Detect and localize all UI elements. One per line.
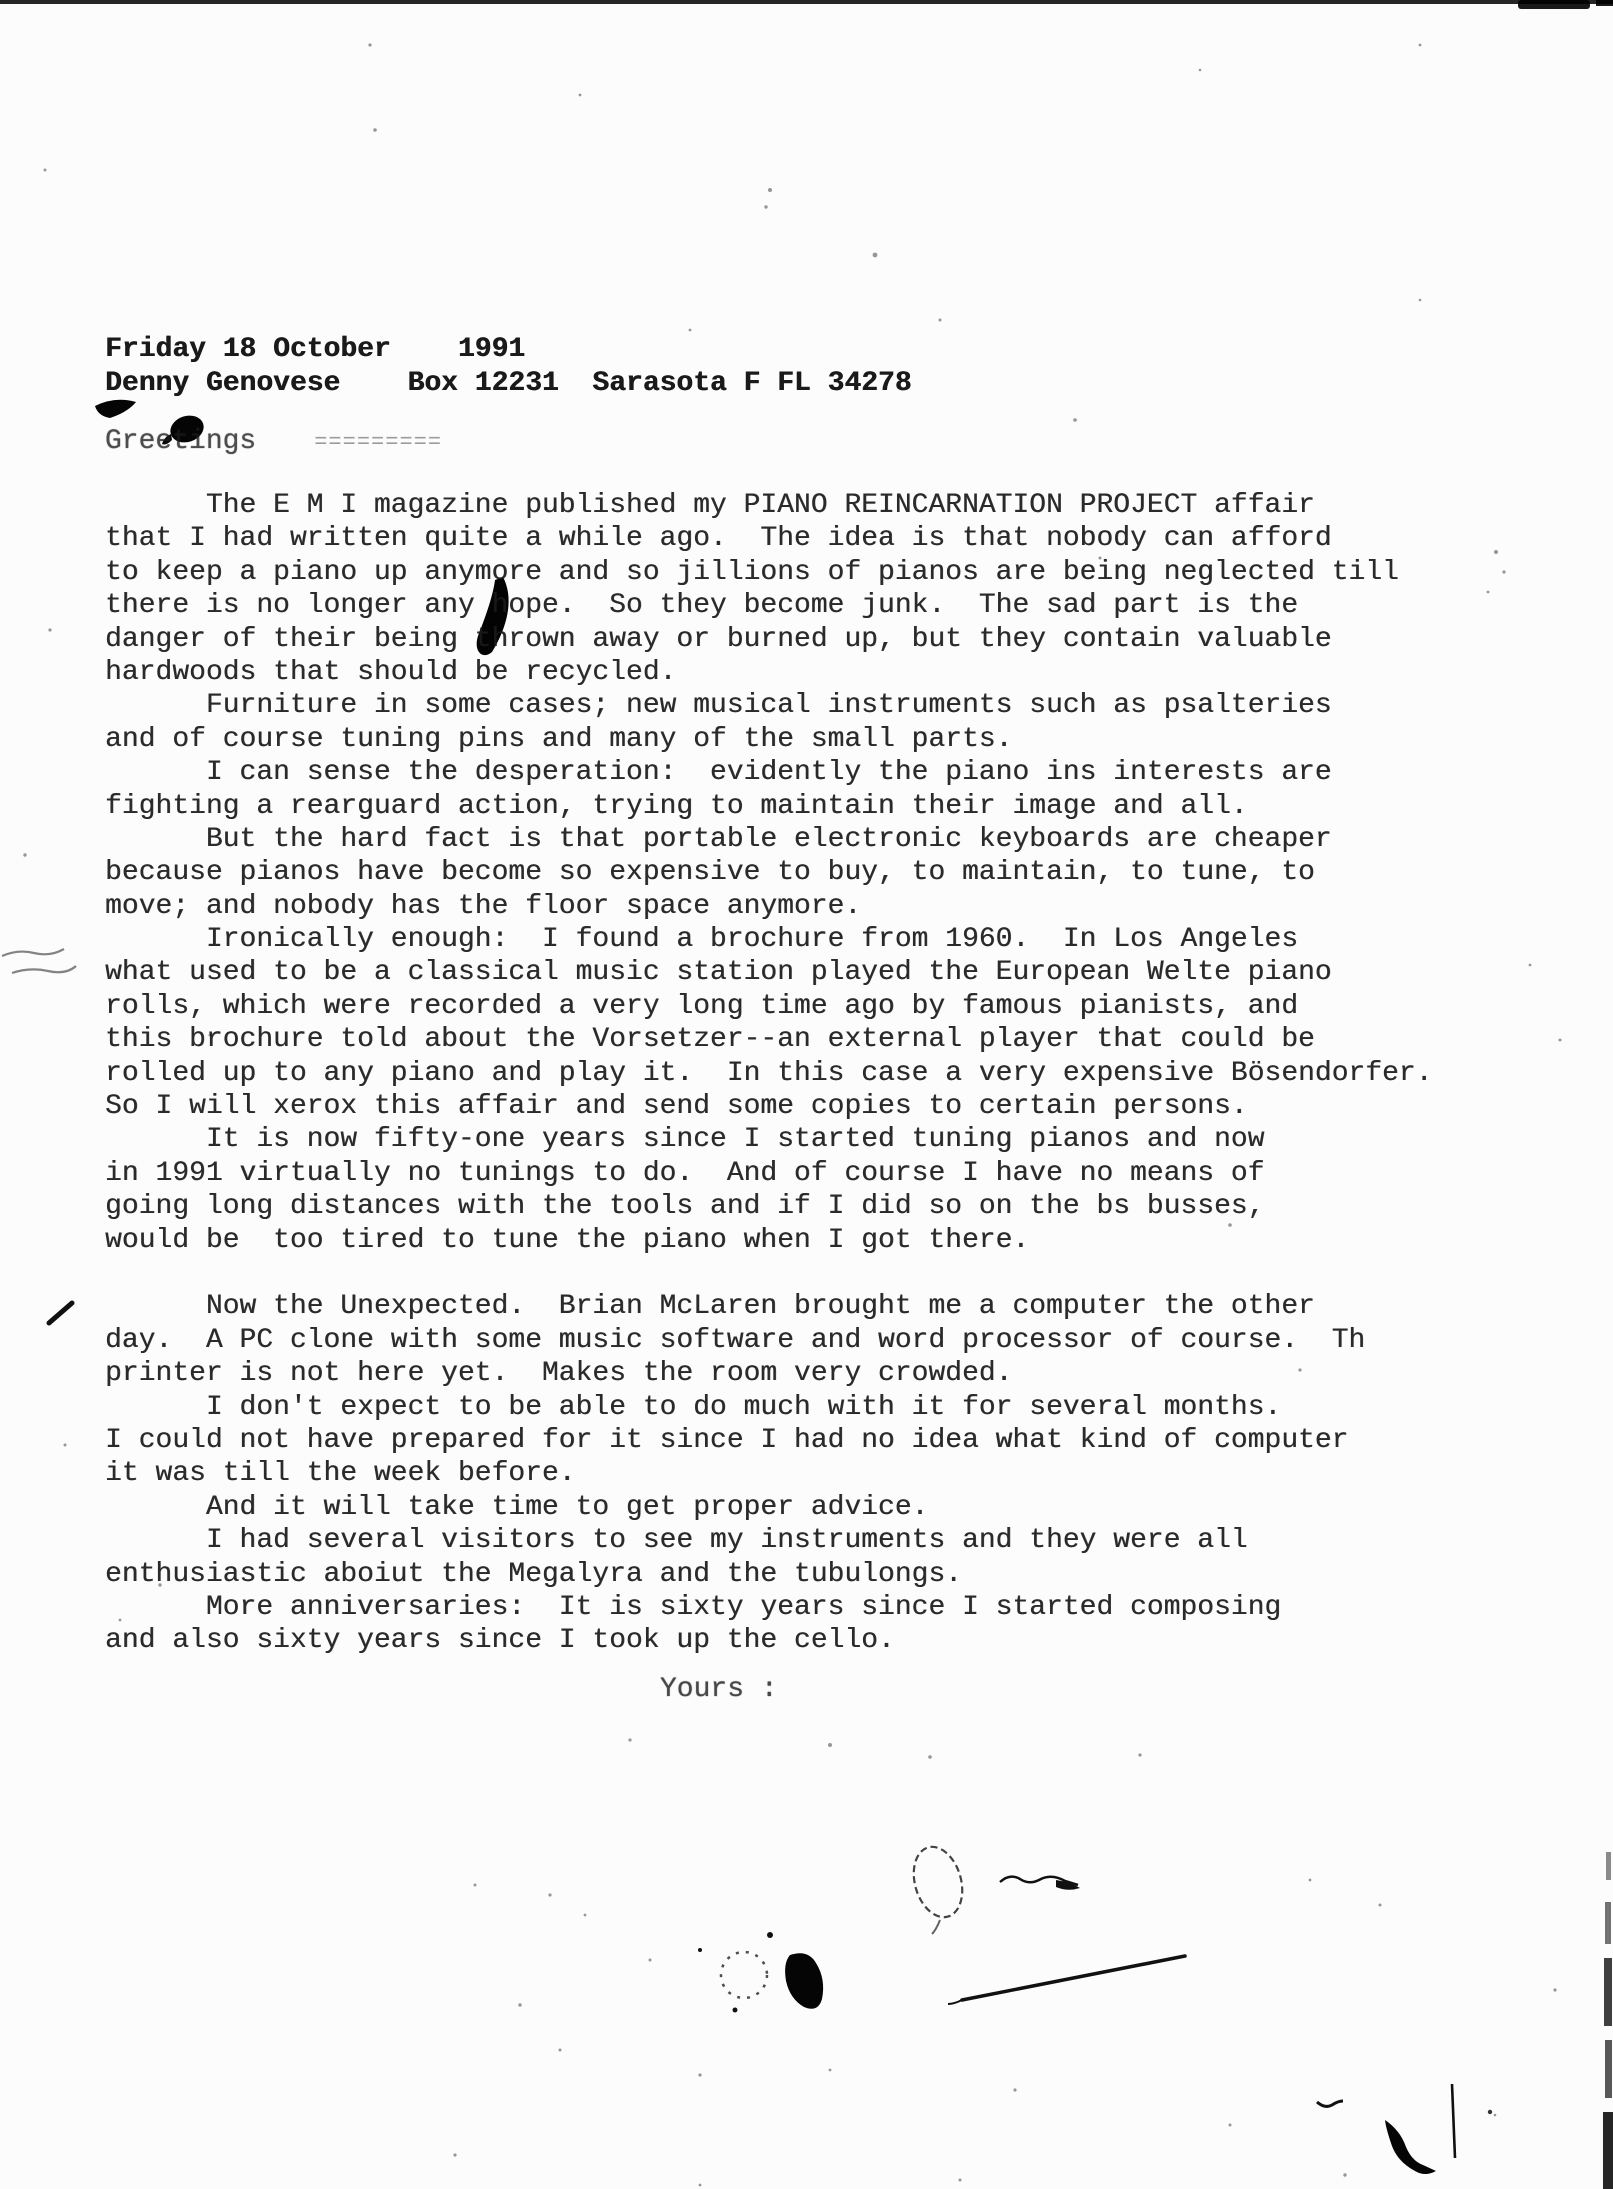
letter-line: But the hard fact is that portable elect… (105, 823, 1585, 856)
scan-edge-artifact-right (1603, 1852, 1613, 2189)
scan-edge-artifact-top (0, 0, 1613, 9)
letter-line: move; and nobody has the floor space any… (105, 890, 1585, 923)
letter-line: It is now fifty-one years since I starte… (105, 1123, 1585, 1156)
margin-dash (49, 1303, 72, 1323)
letter-line: enthusiastic aboiut the Megalyra and the… (105, 1558, 1585, 1591)
letter-line: this brochure told about the Vorsetzer--… (105, 1023, 1585, 1056)
letter-line: Furniture in some cases; new musical ins… (105, 689, 1585, 722)
date-line: Friday 18 October 1991 (105, 333, 1585, 367)
letter-line: Now the Unexpected. Brian McLaren brough… (105, 1290, 1585, 1323)
letter-line: because pianos have become so expensive … (105, 856, 1585, 889)
greeting-row: Greetings ========= (105, 425, 1585, 460)
letter-line: fighting a rearguard action, trying to m… (105, 790, 1585, 823)
letter-line: So I will xerox this affair and send som… (105, 1090, 1585, 1123)
letter-line (105, 1257, 1585, 1290)
letter-line: rolls, which were recorded a very long t… (105, 990, 1585, 1023)
greeting-underline-marks: ========= (314, 426, 442, 460)
letter-line: and also sixty years since I took up the… (105, 1624, 1585, 1657)
bottom-right-marks (1317, 2084, 1492, 2174)
letter-line: I could not have prepared for it since I… (105, 1424, 1585, 1457)
letter-line: Ironically enough: I found a brochure fr… (105, 923, 1585, 956)
letter-line: The E M I magazine published my PIANO RE… (105, 489, 1585, 522)
letter-line: day. A PC clone with some music software… (105, 1324, 1585, 1357)
letter-lines: The E M I magazine published my PIANO RE… (105, 489, 1585, 1658)
sender-line: Denny Genovese Box 12231 Sarasota F FL 3… (105, 367, 1585, 401)
letter-line: to keep a piano up anymore and so jillio… (105, 556, 1585, 589)
letter-line: going long distances with the tools and … (105, 1190, 1585, 1223)
letter-line: there is no longer any hope. So they bec… (105, 589, 1585, 622)
letter-line: that I had written quite a while ago. Th… (105, 522, 1585, 555)
letter-line: And it will take time to get proper advi… (105, 1491, 1585, 1524)
letter-line: printer is not here yet. Makes the room … (105, 1357, 1585, 1390)
letter-line: in 1991 virtually no tunings to do. And … (105, 1157, 1585, 1190)
letter-line: I can sense the desperation: evidently t… (105, 756, 1585, 789)
letter-line: hardwoods that should be recycled. (105, 656, 1585, 689)
letter-line: More anniversaries: It is sixty years si… (105, 1591, 1585, 1624)
signature-scribble (698, 1841, 1185, 2012)
letter-line: would be too tired to tune the piano whe… (105, 1224, 1585, 1257)
letter-line: rolled up to any piano and play it. In t… (105, 1057, 1585, 1090)
letter-body: Friday 18 October 1991 Denny Genovese Bo… (105, 333, 1585, 1658)
margin-pencil-squiggle (2, 949, 76, 973)
letter-line: it was till the week before. (105, 1457, 1585, 1490)
scanned-letter-page: Friday 18 October 1991 Denny Genovese Bo… (0, 0, 1613, 2189)
greeting-text: Greetings (105, 425, 256, 459)
letter-line: I had several visitors to see my instrum… (105, 1524, 1585, 1557)
closing-text: Yours : (660, 1674, 778, 1705)
letter-line: danger of their being thrown away or bur… (105, 623, 1585, 656)
letter-line: and of course tuning pins and many of th… (105, 723, 1585, 756)
letter-line: what used to be a classical music statio… (105, 956, 1585, 989)
letter-line: I don't expect to be able to do much wit… (105, 1391, 1585, 1424)
